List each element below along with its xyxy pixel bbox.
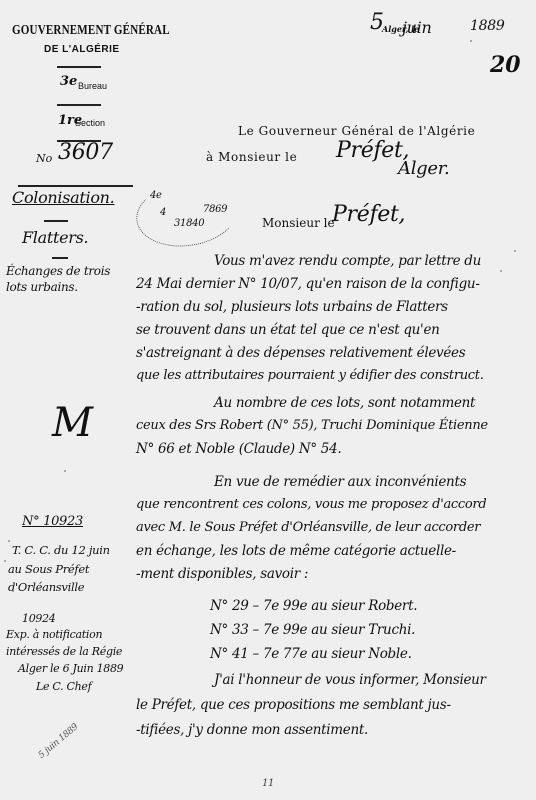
body-line: que rencontrent ces colons, vous me prop… — [136, 497, 486, 512]
sender: Le Gouverneur Général de l'Algérie — [238, 124, 475, 138]
note1-line: T. C. C. du 12 juin — [12, 543, 110, 557]
note1-line: d'Orléansville — [8, 580, 84, 594]
body-line: -ration du sol, plusieurs lots urbains d… — [136, 299, 448, 315]
margin-place: Flatters. — [22, 228, 88, 247]
dateline-year: 1889 — [470, 18, 504, 34]
letterhead-subtitle: DE L'ALGÉRIE — [44, 44, 120, 55]
margin-topic: Colonisation. — [12, 188, 114, 207]
stamp-line1: 4e — [150, 190, 162, 201]
closing-line: le Préfet, que ces propositions me sembl… — [136, 697, 451, 713]
bureau-number: 3e — [60, 74, 77, 89]
margin-initial: M — [52, 400, 93, 446]
body-line: en échange, les lots de même catégorie a… — [136, 543, 456, 559]
stamp-line2: 4 — [160, 207, 166, 218]
note1-line: au Sous Préfet — [8, 562, 89, 576]
bottom-date-stamp: 5 juin 1889 — [37, 722, 80, 761]
letterhead-title: GOUVERNEMENT GÉNÉRAL — [12, 22, 170, 38]
body-line: s'astreignant à des dépenses relativemen… — [136, 345, 465, 361]
stamp-line4: 31840 — [174, 218, 204, 229]
recipient-city: Alger. — [398, 158, 449, 179]
document-page: GOUVERNEMENT GÉNÉRAL DE L'ALGÉRIE 3e Bur… — [0, 0, 536, 800]
note1-number: N° 10923 — [22, 514, 83, 529]
closing-line: -tifiées, j'y donne mon assentiment. — [136, 722, 368, 738]
note2-line: intéressés de la Régie — [6, 645, 122, 658]
dateline-month: juin — [402, 18, 432, 37]
lot-item: N° 41 – 7e 77e au sieur Noble. — [210, 646, 412, 662]
divider — [44, 220, 68, 222]
body-line: -ment disponibles, savoir : — [136, 566, 308, 582]
body-line: ceux des Srs Robert (N° 55), Truchi Domi… — [136, 418, 488, 433]
body-line: En vue de remédier aux inconvénients — [214, 474, 466, 490]
body-line: que les attributaires pourraient y édifi… — [136, 368, 484, 383]
note2-line: Le C. Chef — [36, 680, 91, 693]
body-line: avec M. le Sous Préfet d'Orléansville, d… — [136, 520, 480, 535]
margin-subject-line1: Échanges de trois — [6, 264, 110, 278]
note2-line: Alger le 6 Juin 1889 — [18, 662, 123, 675]
divider — [57, 104, 101, 106]
lot-item: N° 29 – 7e 99e au sieur Robert. — [210, 598, 417, 614]
salutation-title: Préfet, — [332, 202, 405, 227]
section-label: Section — [75, 118, 105, 128]
divider — [18, 185, 133, 187]
bureau-label: Bureau — [78, 81, 107, 91]
body-line: Au nombre de ces lots, sont notamment — [214, 395, 475, 411]
body-line: se trouvent dans un état tel que ce n'es… — [136, 322, 440, 338]
lot-item: N° 33 – 7e 99e au sieur Truchi. — [210, 622, 415, 638]
recipient-prefix: à Monsieur le — [206, 150, 297, 164]
body-line: Vous m'avez rendu compte, par lettre du — [214, 253, 481, 269]
body-line: N° 66 et Noble (Claude) N° 54. — [136, 441, 341, 457]
footer-mark: 11 — [262, 778, 274, 789]
note2-line: Exp. à notification — [6, 628, 102, 641]
number-prefix: No — [36, 152, 52, 165]
divider — [52, 257, 68, 259]
stamp-line3: 7869 — [203, 204, 227, 215]
salutation-prefix: Monsieur le — [262, 216, 335, 230]
body-line: 24 Mai dernier N° 10/07, qu'en raison de… — [136, 276, 480, 292]
document-number: 3607 — [58, 140, 113, 165]
divider — [57, 66, 101, 68]
margin-subject-line2: lots urbains. — [6, 280, 78, 294]
note2-number: 10924 — [22, 612, 56, 625]
dateline-day: 5 — [370, 10, 384, 35]
closing-line: J'ai l'honneur de vous informer, Monsieu… — [214, 672, 486, 688]
page-number: 20 — [490, 52, 521, 78]
